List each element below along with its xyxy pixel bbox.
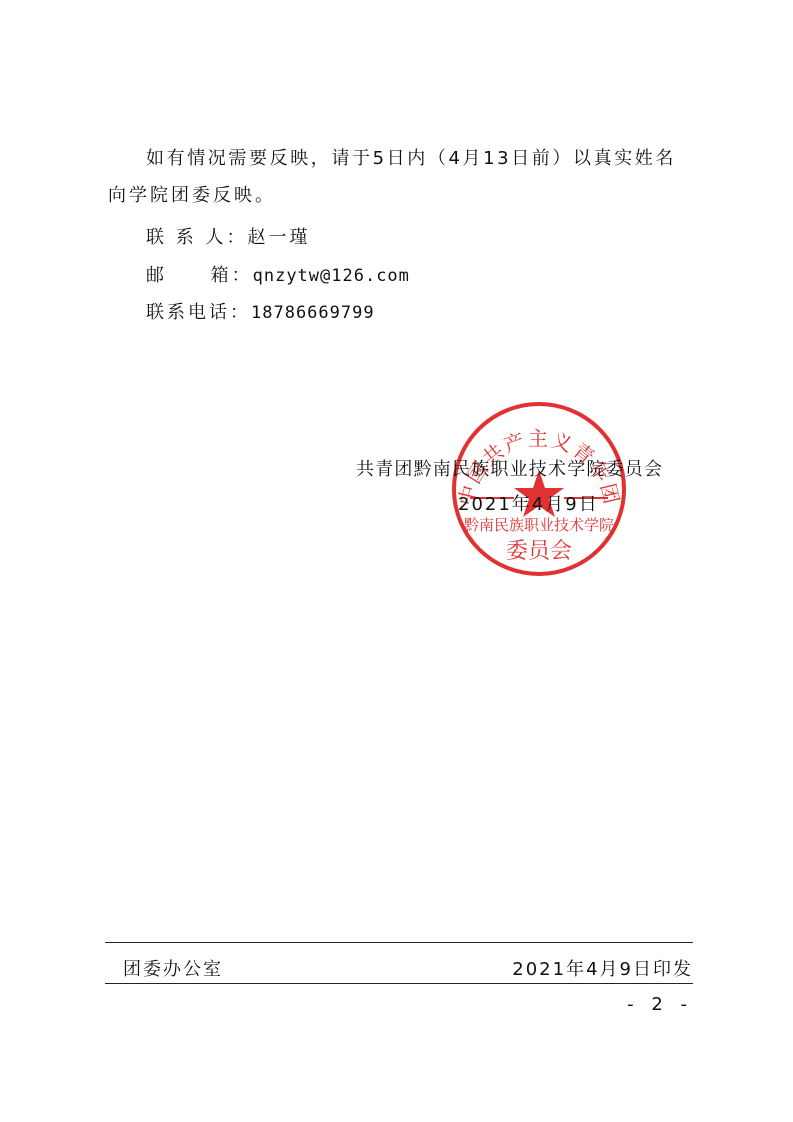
page-number: - 2 - bbox=[627, 994, 693, 1016]
contact-email-value: qnzytw@126.com bbox=[253, 266, 410, 286]
contact-email: 邮 箱：qnzytw@126.com bbox=[146, 265, 410, 287]
contact-person: 联 系 人：赵一瑾 bbox=[146, 227, 310, 249]
official-seal: 中国共产主义青年团 黔南民族职业技术学院 委员会 bbox=[450, 400, 628, 578]
footer-issuer: 团委办公室 bbox=[123, 959, 223, 981]
footer-divider-bottom bbox=[105, 983, 693, 984]
contact-person-value: 赵一瑾 bbox=[247, 227, 310, 248]
body-paragraph-line-1: 如有情况需要反映，请于5日内（4月13日前）以真实姓名 bbox=[146, 148, 676, 170]
footer-issue-date: 2021年4月9日印发 bbox=[512, 959, 693, 981]
contact-phone-label: 联系电话： bbox=[146, 302, 251, 323]
signature-date: 2021年4月9日 bbox=[458, 494, 599, 516]
signature-organization: 共青团黔南民族职业技术学院委员会 bbox=[356, 459, 663, 481]
contact-phone: 联系电话：18786669799 bbox=[146, 302, 375, 324]
seal-middle-text: 黔南民族职业技术学院 bbox=[464, 516, 614, 534]
body-paragraph-line-2: 向学院团委反映。 bbox=[108, 185, 276, 207]
contact-email-label: 邮 箱： bbox=[146, 265, 253, 286]
contact-person-label: 联 系 人： bbox=[146, 227, 247, 248]
contact-phone-value: 18786669799 bbox=[251, 303, 375, 323]
footer-divider-top bbox=[105, 942, 693, 943]
seal-bottom-text: 委员会 bbox=[506, 539, 572, 564]
